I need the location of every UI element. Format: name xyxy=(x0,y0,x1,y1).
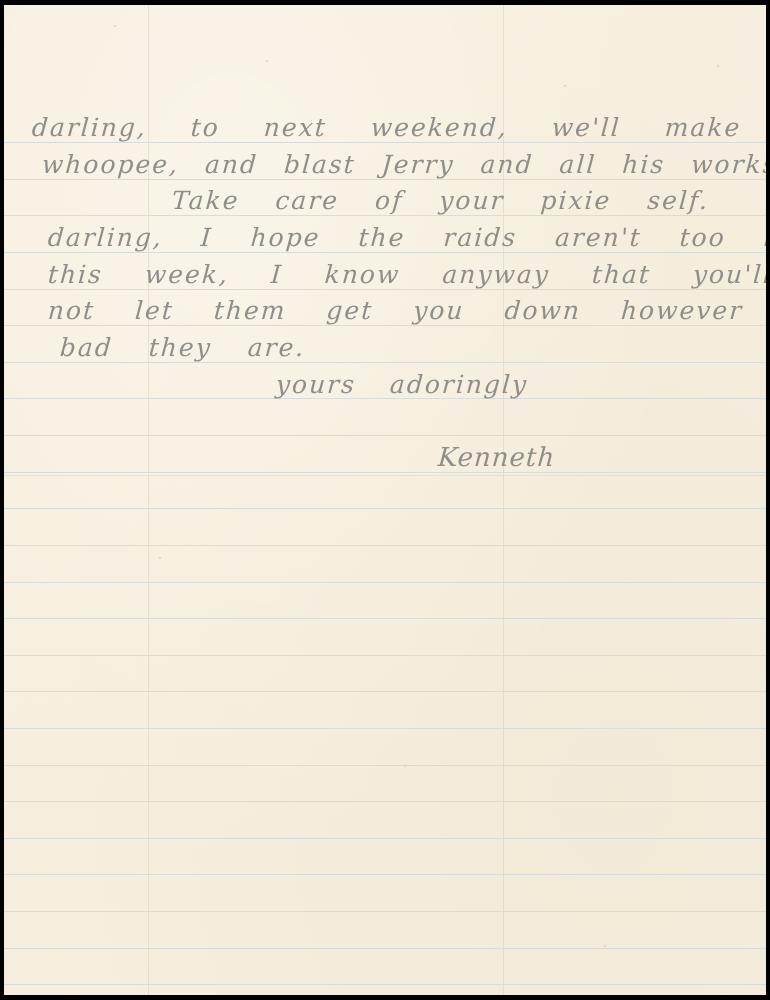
paper-speck xyxy=(564,85,566,87)
letter-line-7: bad they are. xyxy=(59,333,306,362)
ruled-line xyxy=(4,765,766,766)
letter-line-1: darling, to next weekend, we'll make xyxy=(31,113,742,142)
ruled-line xyxy=(4,691,766,692)
ruled-line xyxy=(4,911,766,912)
ruled-line xyxy=(4,728,766,729)
paper-speck xyxy=(604,945,606,947)
ruled-line xyxy=(4,838,766,839)
ruled-line xyxy=(4,289,766,290)
letter-line-5: this week, I know anyway that you'll xyxy=(47,260,766,289)
letter-line-3: Take care of your pixie self. xyxy=(171,186,710,215)
ruled-line xyxy=(4,472,766,473)
ruled-line xyxy=(4,325,766,326)
ruled-line xyxy=(4,801,766,802)
ruled-line xyxy=(4,362,766,363)
ruled-line xyxy=(4,215,766,216)
paper-speck xyxy=(114,25,116,27)
ruled-line xyxy=(4,618,766,619)
ruled-line xyxy=(4,874,766,875)
ruled-line xyxy=(4,179,766,180)
fold-crease xyxy=(4,475,766,476)
letter-signature: Kenneth xyxy=(437,443,556,473)
letter-line-6: not let them get you down however xyxy=(47,296,744,325)
ruled-line xyxy=(4,948,766,949)
ruled-line xyxy=(4,545,766,546)
ruled-line xyxy=(4,142,766,143)
ruled-line xyxy=(4,582,766,583)
ruled-line xyxy=(4,252,766,253)
letter-closing: yours adoringly xyxy=(275,370,529,399)
paper-speck xyxy=(266,60,268,62)
ruled-line xyxy=(4,984,766,985)
paper-speck xyxy=(159,557,161,559)
letter-sheet: darling, to next weekend, we'll make who… xyxy=(4,5,766,995)
ruled-line xyxy=(4,508,766,509)
ruled-line xyxy=(4,435,766,436)
letter-line-4: darling, I hope the raids aren't too bad xyxy=(47,223,766,252)
paper-speck xyxy=(717,65,719,67)
paper-speck xyxy=(404,765,406,767)
ruled-line xyxy=(4,655,766,656)
letter-line-2: whoopee, and blast Jerry and all his wor… xyxy=(41,150,766,179)
